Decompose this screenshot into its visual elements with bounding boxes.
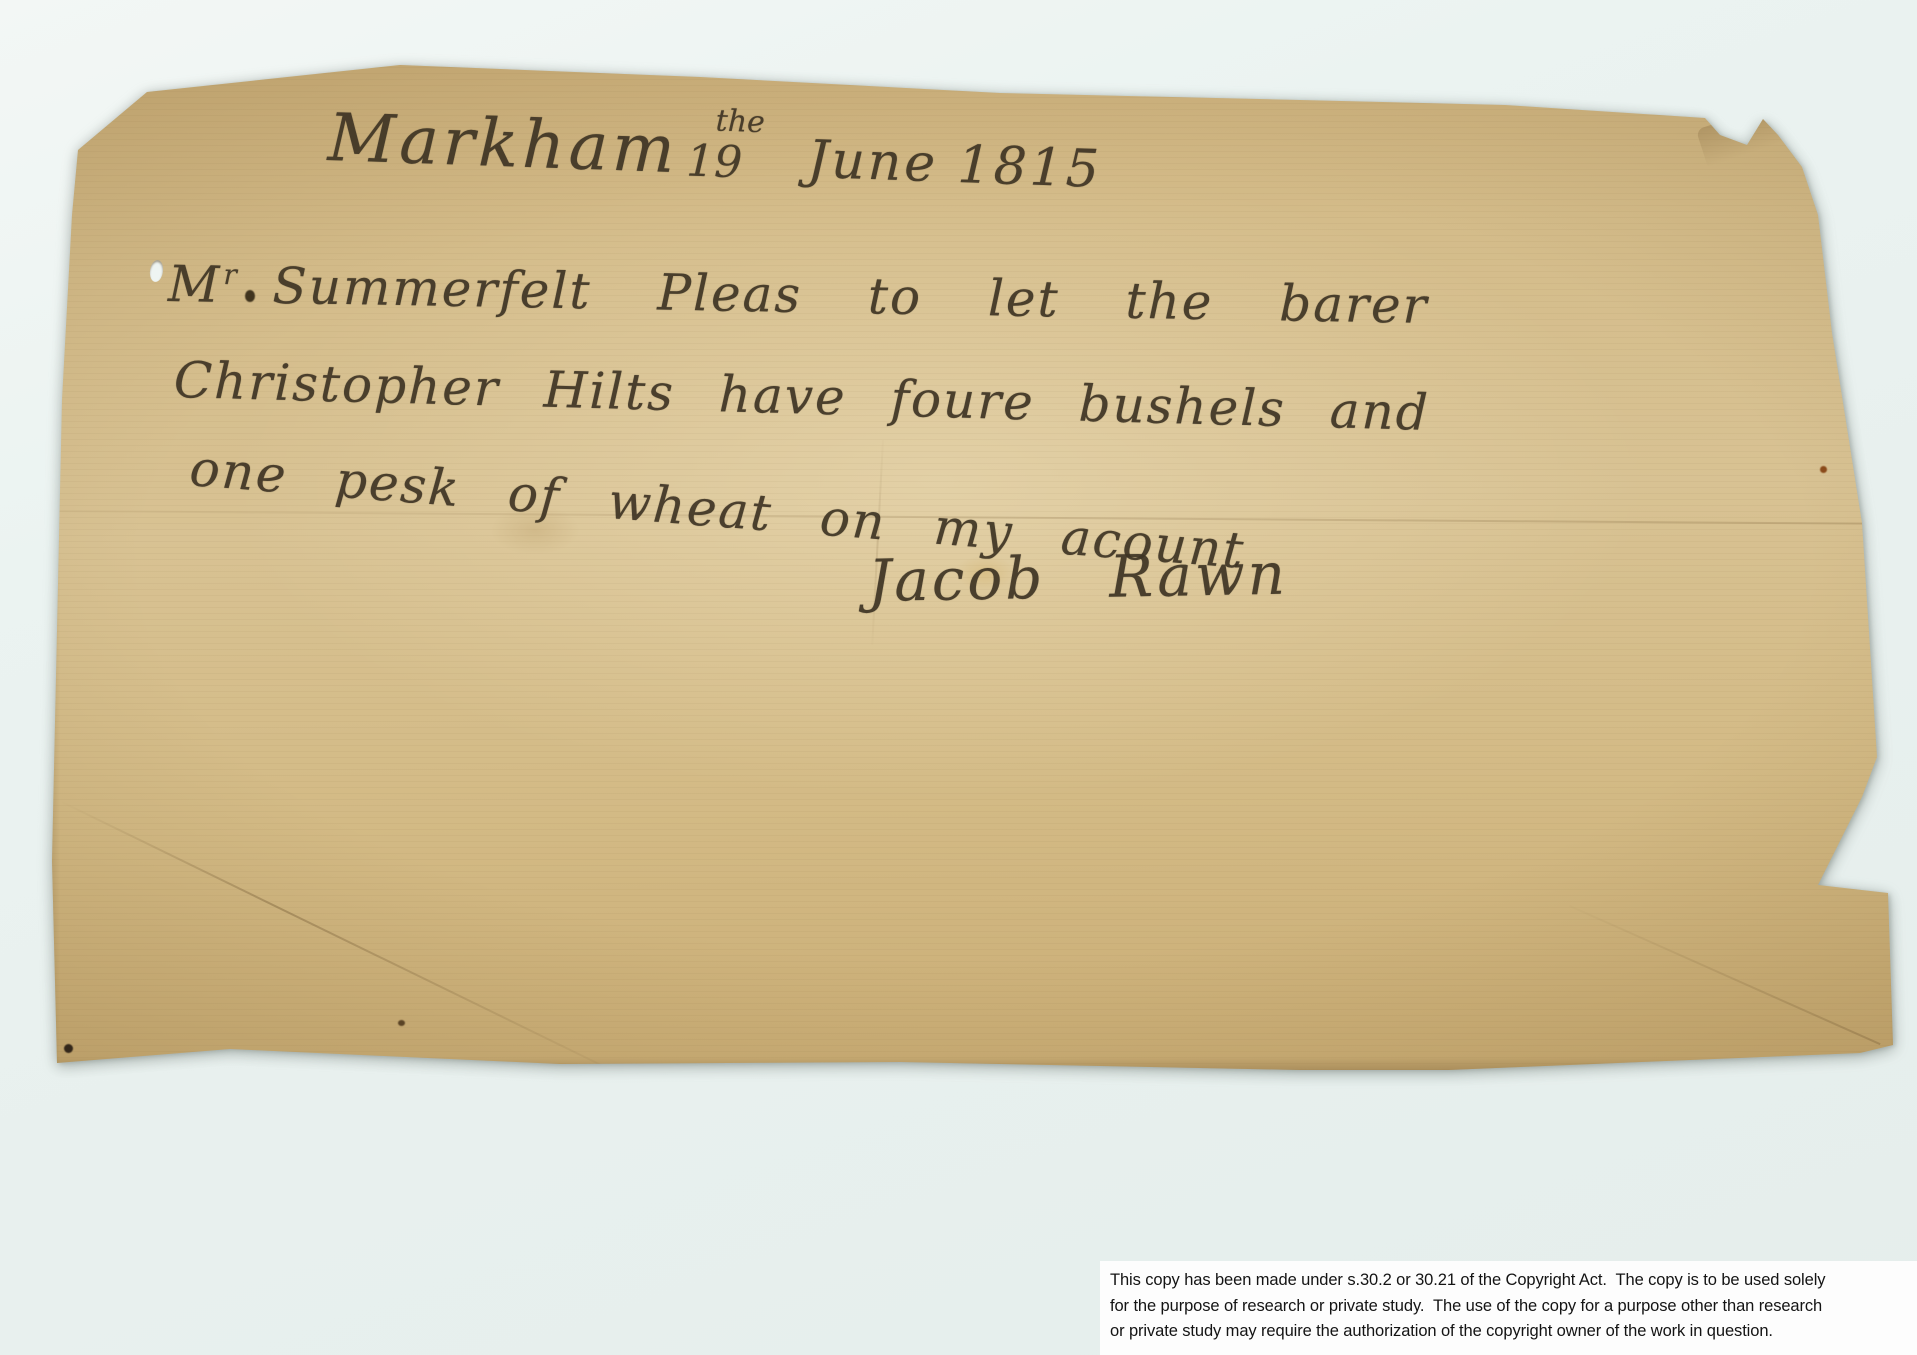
copyright-line: This copy has been made under s.30.2 or … <box>1110 1268 1907 1294</box>
paper-shadow: Markhamthe19June 1815 MrSummerfelt Pleas… <box>50 55 1900 1070</box>
dateline: Markhamthe19June 1815 <box>327 99 1104 204</box>
salutation-r-superscript: r <box>223 258 239 291</box>
dateline-superscript: the <box>715 107 765 139</box>
body-line-1-text: Summerfelt Pleas to let the barer <box>272 257 1429 335</box>
body-line-1: MrSummerfelt Pleas to let the barer <box>167 255 1428 335</box>
torn-corner-shading <box>1696 99 1808 183</box>
ink-speck <box>64 1044 73 1053</box>
signature-first-name: Jacob <box>867 544 1046 615</box>
copyright-line: for the purpose of research or private s… <box>1110 1294 1907 1320</box>
dateline-day: 19 <box>686 140 765 187</box>
dateline-day-stack: the19 <box>686 106 766 187</box>
fold-crease-bottom-right <box>1569 905 1880 1045</box>
dateline-place: Markham <box>327 99 680 188</box>
document-scan: Markhamthe19June 1815 MrSummerfelt Pleas… <box>0 0 1917 1355</box>
salutation-m: M <box>167 255 221 314</box>
signature-last-name: Rawn <box>1109 540 1289 611</box>
pin-hole <box>149 259 165 283</box>
paper: Markhamthe19June 1815 MrSummerfelt Pleas… <box>50 55 1900 1070</box>
copyright-notice: This copy has been made under s.30.2 or … <box>1100 1261 1917 1355</box>
dateline-month-year: June 1815 <box>807 130 1103 200</box>
fold-crease-bottom-left <box>59 800 604 1067</box>
signature: JacobRawn <box>867 540 1288 615</box>
ink-speck <box>398 1020 405 1026</box>
rust-speck <box>1820 466 1827 473</box>
copyright-line: or private study may require the authori… <box>1110 1319 1907 1345</box>
body-line-2: Christopher Hilts have foure bushels and <box>173 351 1430 442</box>
